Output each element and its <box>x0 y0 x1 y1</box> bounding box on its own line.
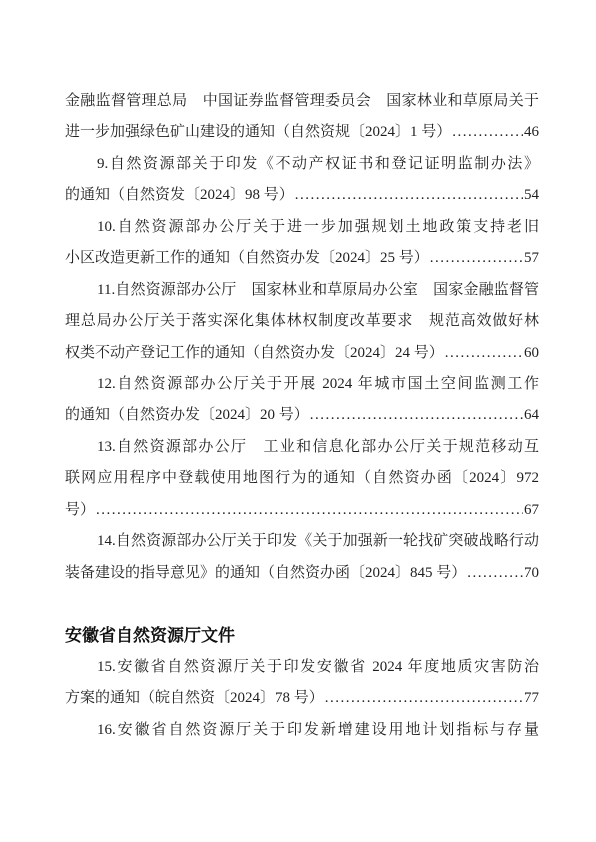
toc-entry-text: 号） <box>65 495 95 526</box>
toc-line-entry9-title: 9.自然资源部关于印发《不动产权证书和登记证明监制办法》 <box>65 149 539 180</box>
toc-line-entry11-continuation: 理总局办公厅关于落实深化集体林权制度改革要求 规范高效做好林 <box>65 306 539 337</box>
toc-line-entry14-title: 14.自然资源部办公厅关于印发《关于加强新一轮找矿突破战略行动 <box>65 526 539 557</box>
toc-line-entry8-continuation: 金融监督管理总局 中国证券监督管理委员会 国家林业和草原局关于 <box>65 86 539 117</box>
toc-entry-text: 的通知（自然资发〔2024〕98 号） <box>65 180 294 211</box>
toc-line-entry10-title: 10.自然资源部办公厅关于进一步加强规划土地政策支持老旧 <box>65 212 539 243</box>
page-number: 60 <box>524 338 539 369</box>
section-header-anhui: 安徽省自然资源厅文件 <box>65 620 539 651</box>
toc-entry-text: 方案的通知（皖自然资〔2024〕78 号） <box>65 683 324 714</box>
toc-entry-text: 的通知（自然资办发〔2024〕20 号） <box>65 400 309 431</box>
toc-line-entry9-leader: 的通知（自然资发〔2024〕98 号） 54 <box>65 180 539 211</box>
dot-leader <box>295 180 523 211</box>
toc-line-entry15-title: 15.安徽省自然资源厅关于印发安徽省 2024 年度地质灾害防治 <box>65 652 539 683</box>
toc-entry-text: 权类不动产登记工作的通知（自然资办发〔2024〕24 号） <box>65 338 444 369</box>
toc-line-entry13-leader: 号） 67 <box>65 495 539 526</box>
toc-entry-text: 小区改造更新工作的通知（自然资办发〔2024〕25 号） <box>65 243 429 274</box>
page-number: 57 <box>524 243 539 274</box>
dot-leader <box>467 558 523 589</box>
page-number: 54 <box>524 180 539 211</box>
page-number: 64 <box>524 400 539 431</box>
dot-leader <box>452 117 523 148</box>
dot-leader <box>445 338 523 369</box>
page-number: 77 <box>524 683 539 714</box>
page-number: 67 <box>524 495 539 526</box>
toc-line-entry14-leader: 装备建设的指导意见》的通知（自然资办函〔2024〕845 号） 70 <box>65 558 539 589</box>
toc-line-entry15-leader: 方案的通知（皖自然资〔2024〕78 号） 77 <box>65 683 539 714</box>
toc-line-entry16-title: 16.安徽省自然资源厅关于印发新增建设用地计划指标与存量 <box>65 715 539 746</box>
dot-leader <box>310 400 523 431</box>
dot-leader <box>325 683 523 714</box>
toc-entry-text: 装备建设的指导意见》的通知（自然资办函〔2024〕845 号） <box>65 558 466 589</box>
toc-line-entry8-leader: 进一步加强绿色矿山建设的通知（自然资规〔2024〕1 号） 46 <box>65 117 539 148</box>
toc-line-entry12-leader: 的通知（自然资办发〔2024〕20 号） 64 <box>65 400 539 431</box>
dot-leader <box>430 243 523 274</box>
blank-line <box>65 589 539 620</box>
dot-leader <box>96 495 523 526</box>
toc-line-entry12-title: 12.自然资源部办公厅关于开展 2024 年城市国土空间监测工作 <box>65 369 539 400</box>
toc-line-entry11-title: 11.自然资源部办公厅 国家林业和草原局办公室 国家金融监督管 <box>65 275 539 306</box>
toc-line-entry13-continuation: 联网应用程序中登载使用地图行为的通知（自然资办函〔2024〕972 <box>65 463 539 494</box>
toc-line-entry10-leader: 小区改造更新工作的通知（自然资办发〔2024〕25 号） 57 <box>65 243 539 274</box>
toc-line-entry13-title: 13.自然资源部办公厅 工业和信息化部办公厅关于规范移动互 <box>65 432 539 463</box>
page-number: 70 <box>524 558 539 589</box>
toc-entry-text: 进一步加强绿色矿山建设的通知（自然资规〔2024〕1 号） <box>65 117 451 148</box>
toc-line-entry11-leader: 权类不动产登记工作的通知（自然资办发〔2024〕24 号） 60 <box>65 338 539 369</box>
toc-page: 金融监督管理总局 中国证券监督管理委员会 国家林业和草原局关于 进一步加强绿色矿… <box>0 0 596 842</box>
page-number: 46 <box>524 117 539 148</box>
